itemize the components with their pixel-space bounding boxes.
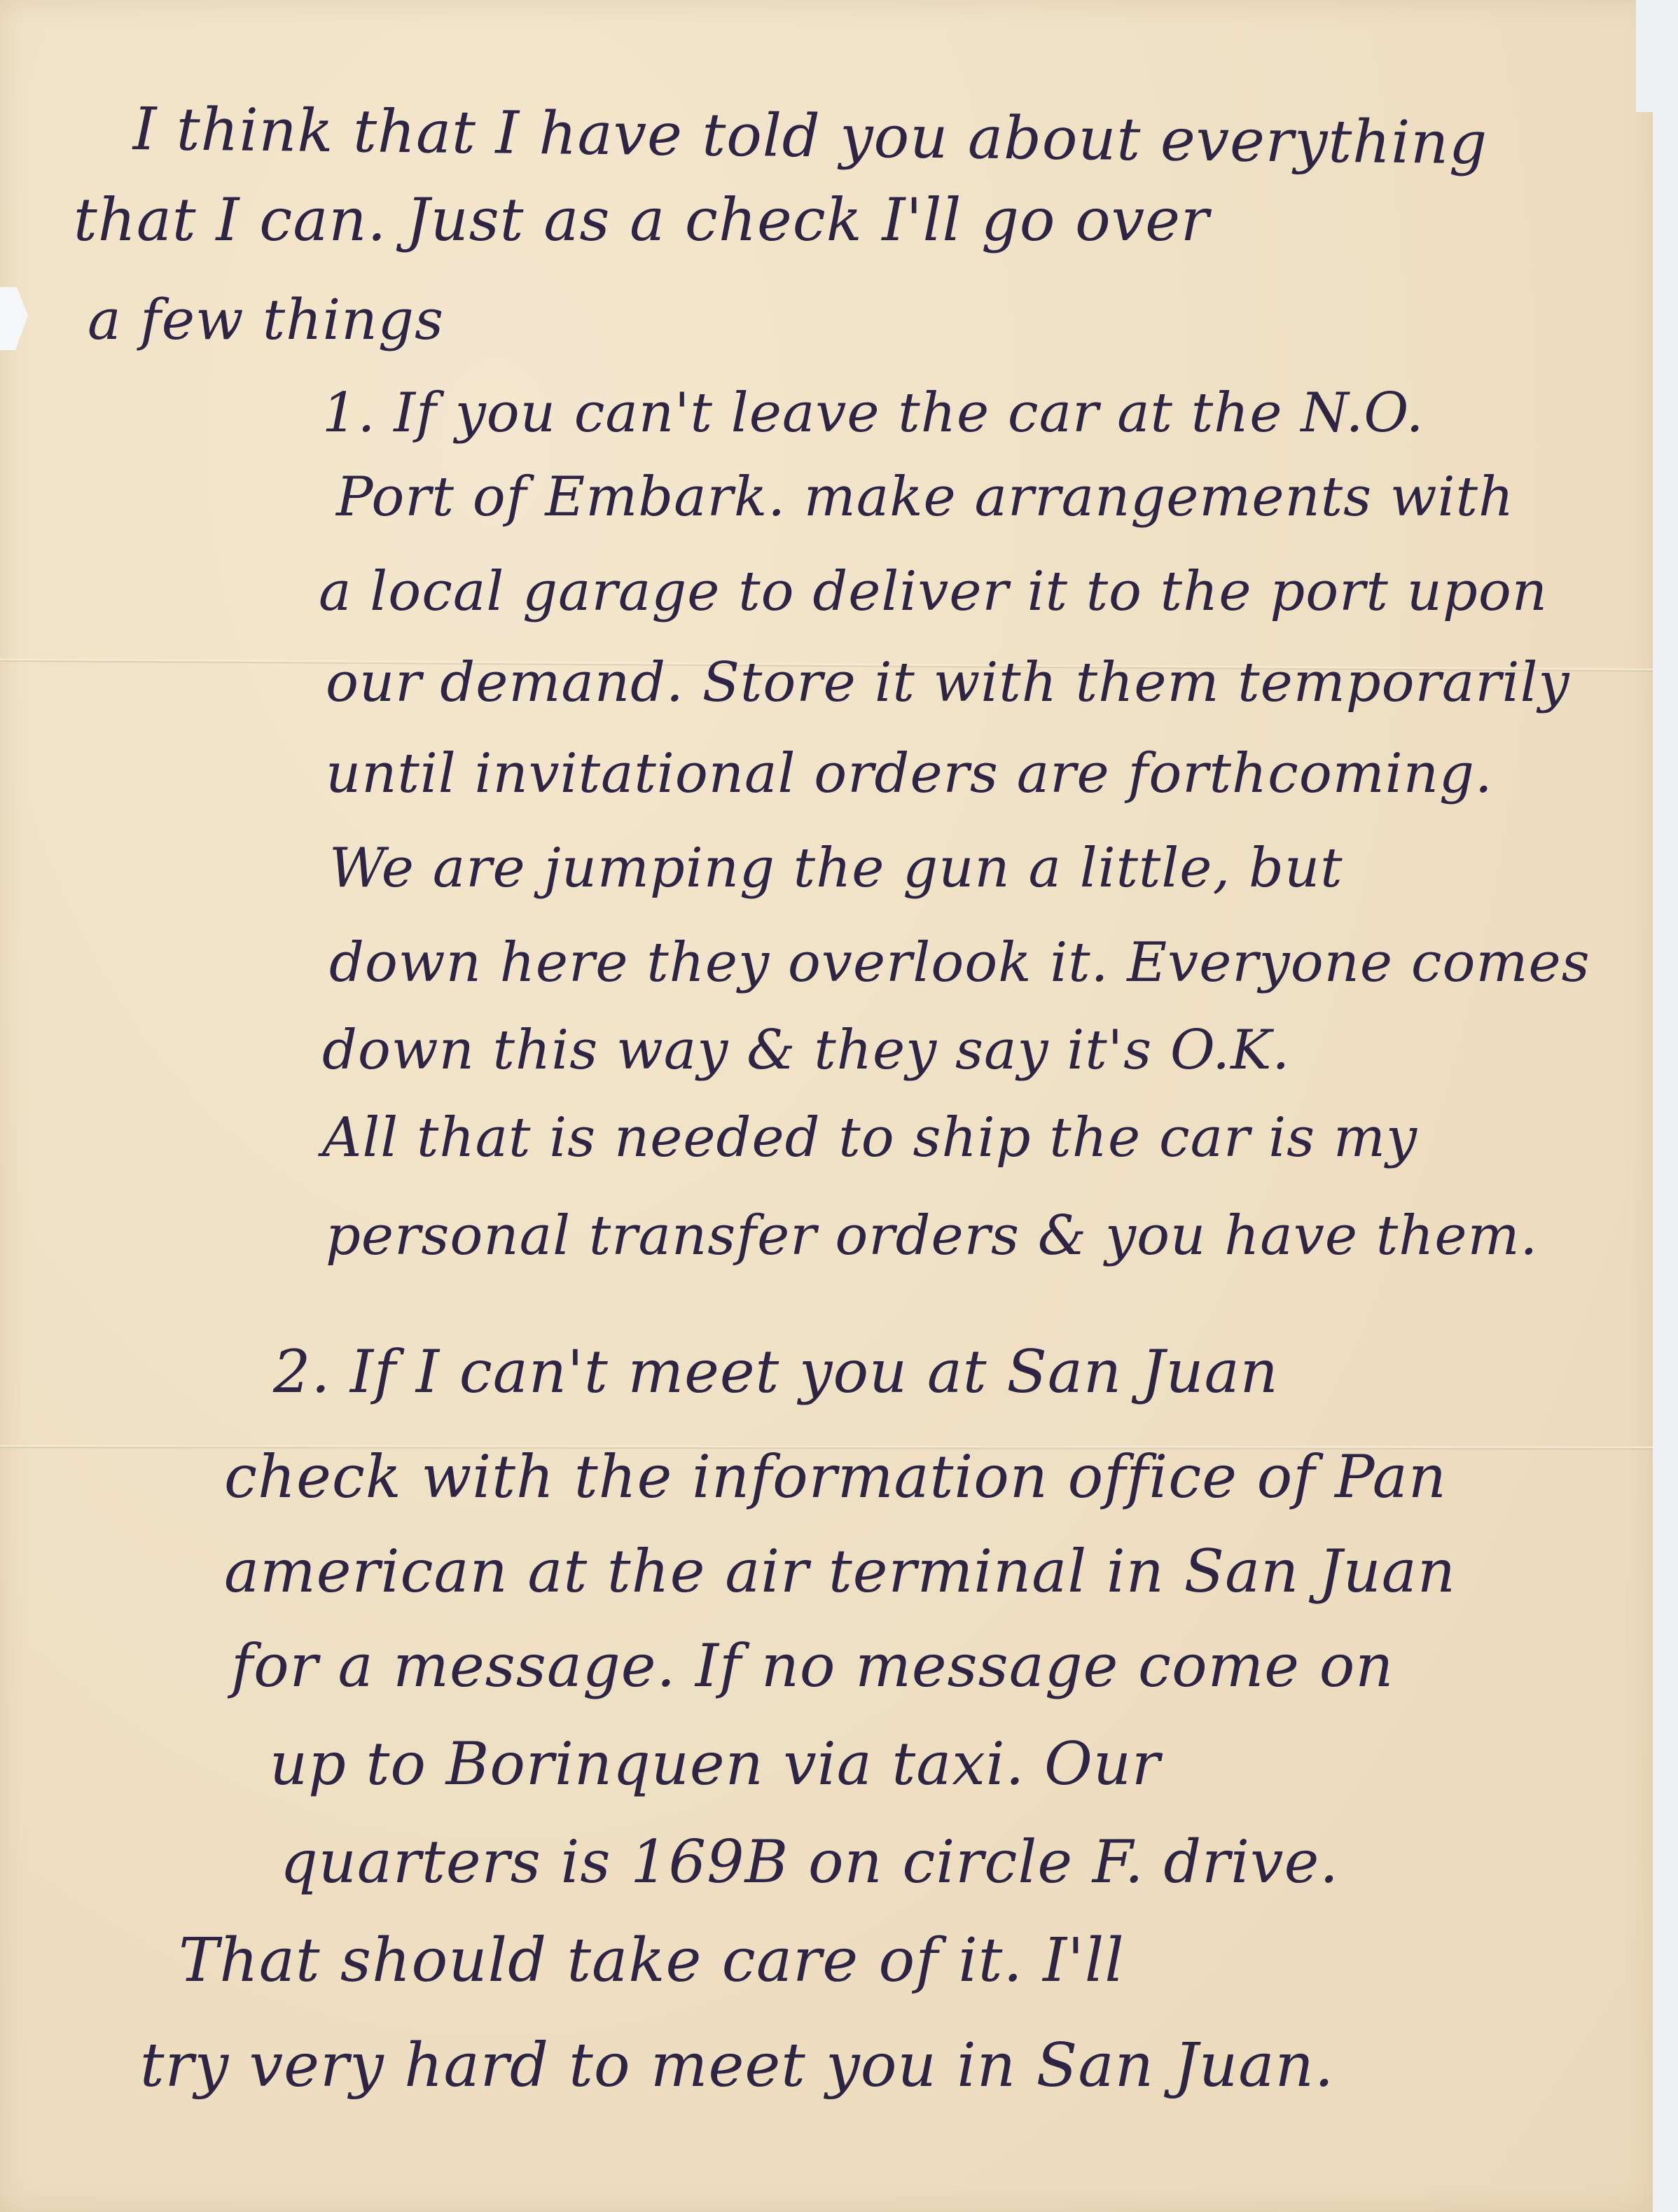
letter-line: american at the air terminal in San Juan <box>224 1537 1456 1606</box>
torn-edge <box>0 287 28 350</box>
letter-line: down here they overlook it. Everyone com… <box>329 931 1590 994</box>
letter-line: quarters is 169B on circle F. drive. <box>280 1828 1339 1896</box>
letter-page: I think that I have told you about every… <box>0 0 1653 2212</box>
letter-line: personal transfer orders & you have them… <box>326 1204 1538 1267</box>
letter-line: for a message. If no message come on <box>231 1632 1394 1700</box>
letter-line: That should take care of it. I'll <box>179 1926 1125 1996</box>
list-item-1: 1. If you can't leave the car at the N.O… <box>322 382 1424 445</box>
letter-line: I think that I have told you about every… <box>132 95 1488 177</box>
letter-line: that I can. Just as a check I'll go over <box>74 186 1209 254</box>
letter-line: All that is needed to ship the car is my <box>322 1106 1417 1169</box>
letter-line: a local garage to deliver it to the port… <box>319 560 1548 623</box>
letter-line: until invitational orders are forthcomin… <box>326 742 1493 805</box>
letter-line: We are jumping the gun a little, but <box>329 837 1343 900</box>
letter-line: our demand. Store it with them temporari… <box>326 651 1570 714</box>
letter-line: Port of Embark. make arrangements with <box>336 466 1514 529</box>
letter-line: check with the information office of Pan <box>224 1442 1447 1511</box>
letter-line: up to Borinquen via taxi. Our <box>270 1730 1160 1798</box>
letter-line: try very hard to meet you in San Juan. <box>140 2031 1334 2101</box>
letter-line: down this way & they say it's O.K. <box>322 1019 1290 1082</box>
list-item-2: 2. If I can't meet you at San Juan <box>273 1337 1279 1406</box>
letter-line: a few things <box>88 287 444 352</box>
